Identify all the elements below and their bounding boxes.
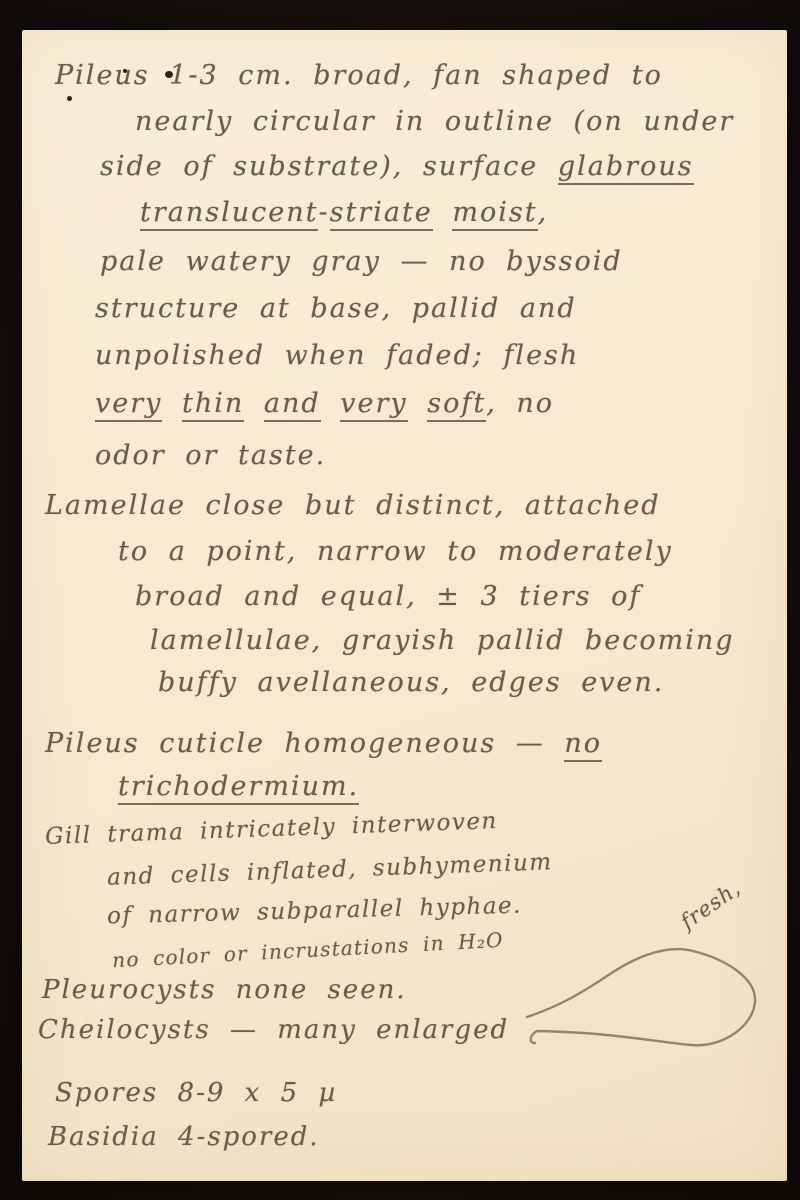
note-text [408,388,428,419]
note-line-08: very thin and very soft, no [95,388,554,419]
note-text: , no [486,388,554,419]
note-text-underlined: soft [427,388,486,422]
note-line-12: broad and equal, ± 3 tiers of [135,581,641,612]
note-text-underlined: translucent [140,197,318,231]
note-line-09: odor or taste. [95,440,326,471]
note-line-04: translucent-striate moist, [140,197,548,228]
note-line-01: Pileus 1-3 cm. broad, fan shaped to [55,60,663,91]
note-line-22: Cheilocysts — many enlarged [38,1015,509,1045]
handwritten-index-card: Pileus 1-3 cm. broad, fan shaped to near… [22,30,787,1181]
ink-dot [67,96,72,101]
note-line-16: trichodermium. [118,771,359,802]
note-text [162,388,182,419]
note-line-02: nearly circular in outline (on under [135,106,734,137]
note-text: Lamellae close but distinct, attached [45,490,661,521]
note-text-underlined: thin [182,388,244,422]
note-text [433,197,453,228]
note-line-17: Gill trama intricately interwoven [45,808,499,850]
note-text [321,388,341,419]
note-text: Pleurocysts none seen. [42,975,407,1005]
cystidium-sketch-icon [515,940,770,1060]
note-text: nearly circular in outline (on under [135,106,734,137]
note-text: pale watery gray — no byssoid [100,246,623,277]
note-line-15: Pileus cuticle homogeneous — no [45,728,602,759]
fresh-annotation: fresh, [676,876,745,934]
ink-dot [123,69,127,73]
note-text-underlined: very [95,388,162,422]
note-text: side of substrate), surface [100,151,558,182]
note-text: no color or incrustations in H₂O [112,928,505,972]
note-text: Gill trama intricately interwoven [45,808,499,850]
note-line-06: structure at base, pallid and [95,293,577,324]
note-text: and cells inflated, subhymenium [107,849,553,891]
note-text: unpolished when faded; flesh [95,340,579,371]
note-line-03: side of substrate), surface glabrous [100,151,694,182]
note-line-13: lamellulae, grayish pallid becoming [150,625,735,656]
ink-dot [165,71,173,78]
note-text: broad and equal, ± 3 tiers of [135,581,641,612]
note-text-underlined: moist [452,197,537,231]
note-text [244,388,264,419]
note-line-14: buffy avellaneous, edges even. [158,667,664,698]
note-text: of narrow subparallel hyphae. [107,893,523,930]
note-text-underlined: and [264,388,321,422]
note-line-24: Basidia 4-spored. [48,1122,320,1152]
note-text-underlined: striate [330,197,433,231]
note-line-10: Lamellae close but distinct, attached [45,490,661,521]
note-text: odor or taste. [95,440,326,471]
note-line-18: and cells inflated, subhymenium [107,849,553,891]
note-line-21: Pleurocysts none seen. [42,975,407,1005]
note-text: to a point, narrow to moderately [118,536,673,567]
note-text-underlined: glabrous [558,151,694,185]
note-text: Cheilocysts — many enlarged [38,1015,509,1045]
note-line-05: pale watery gray — no byssoid [100,246,623,277]
note-text-underlined: trichodermium. [118,771,359,805]
note-text: structure at base, pallid and [95,293,577,324]
note-text: - [318,197,329,228]
note-line-07: unpolished when faded; flesh [95,340,579,371]
photo-background: Pileus 1-3 cm. broad, fan shaped to near… [0,0,800,1200]
note-line-19: of narrow subparallel hyphae. [107,893,523,930]
note-text-underlined: very [340,388,407,422]
note-line-20: no color or incrustations in H₂O [112,928,505,972]
note-text: Spores 8-9 x 5 µ [55,1078,337,1108]
note-text: Basidia 4-spored. [48,1122,320,1152]
note-text: lamellulae, grayish pallid becoming [150,625,735,656]
note-text: buffy avellaneous, edges even. [158,667,664,698]
note-line-11: to a point, narrow to moderately [118,536,673,567]
note-text: Pileus 1-3 cm. broad, fan shaped to [55,60,663,91]
note-text: Pileus cuticle homogeneous — [45,728,564,759]
note-text: , [538,197,549,228]
note-text-underlined: no [564,728,602,762]
note-line-23: Spores 8-9 x 5 µ [55,1078,337,1108]
